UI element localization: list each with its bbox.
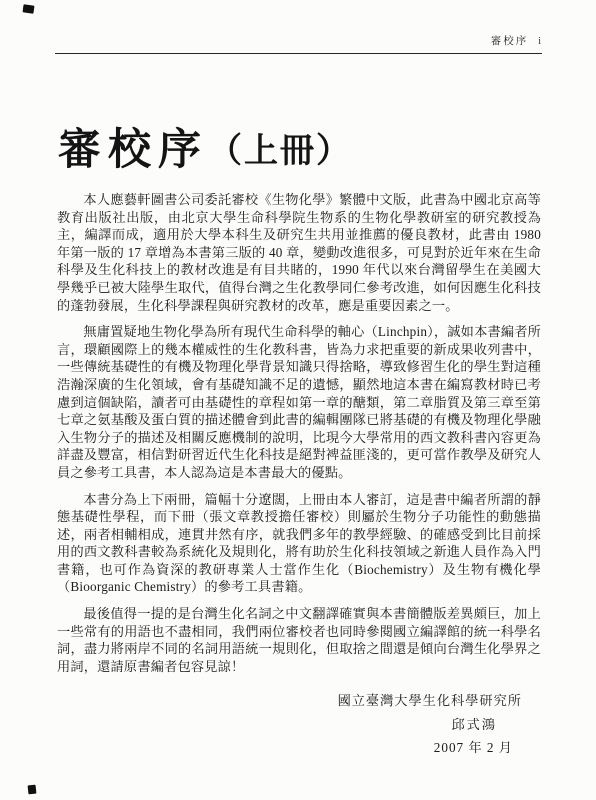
scan-artifact-bottom-left <box>28 785 37 795</box>
signature-affiliation: 國立臺灣大學生化科學研究所 <box>0 692 596 710</box>
paragraph-3: 本書分為上下兩冊，篇幅十分遼闊，上冊由本人審訂，這是書中編者所謂的靜態基礎性學程… <box>57 491 541 597</box>
preface-body: 本人應藝軒圖書公司委託審校《生物化學》繁體中文版，此書為中國北京高等教育出版社出… <box>57 191 541 684</box>
chapter-title-main: 審校序 <box>58 127 208 174</box>
scan-artifact-top-left <box>22 4 34 13</box>
signature-block: 國立臺灣大學生化科學研究所 邱式鴻 2007 年 2 月 <box>0 692 596 757</box>
signature-date: 2007 年 2 月 <box>0 739 596 757</box>
paragraph-1: 本人應藝軒圖書公司委託審校《生物化學》繁體中文版，此書為中國北京高等教育出版社出… <box>57 191 541 314</box>
scanned-preface-page: 審校序i 審校序（上冊） 本人應藝軒圖書公司委託審校《生物化學》繁體中文版，此書… <box>0 0 596 800</box>
page-number: i <box>538 36 541 47</box>
running-header-title: 審校序 <box>491 36 529 47</box>
running-header: 審校序i <box>57 33 541 48</box>
chapter-title-volume: （上冊） <box>208 133 352 170</box>
chapter-title: 審校序（上冊） <box>58 116 352 177</box>
signature-name: 邱式鴻 <box>0 716 596 734</box>
paragraph-4: 最後值得一提的是台灣生化名詞之中文翻譯確實與本書簡體版差異頗巨，加上一些常有的用… <box>57 605 541 675</box>
paragraph-2: 無庸置疑地生物化學為所有現代生命科學的軸心（Linchpin），誠如本書編者所言… <box>57 323 541 481</box>
header-rule <box>55 53 542 54</box>
